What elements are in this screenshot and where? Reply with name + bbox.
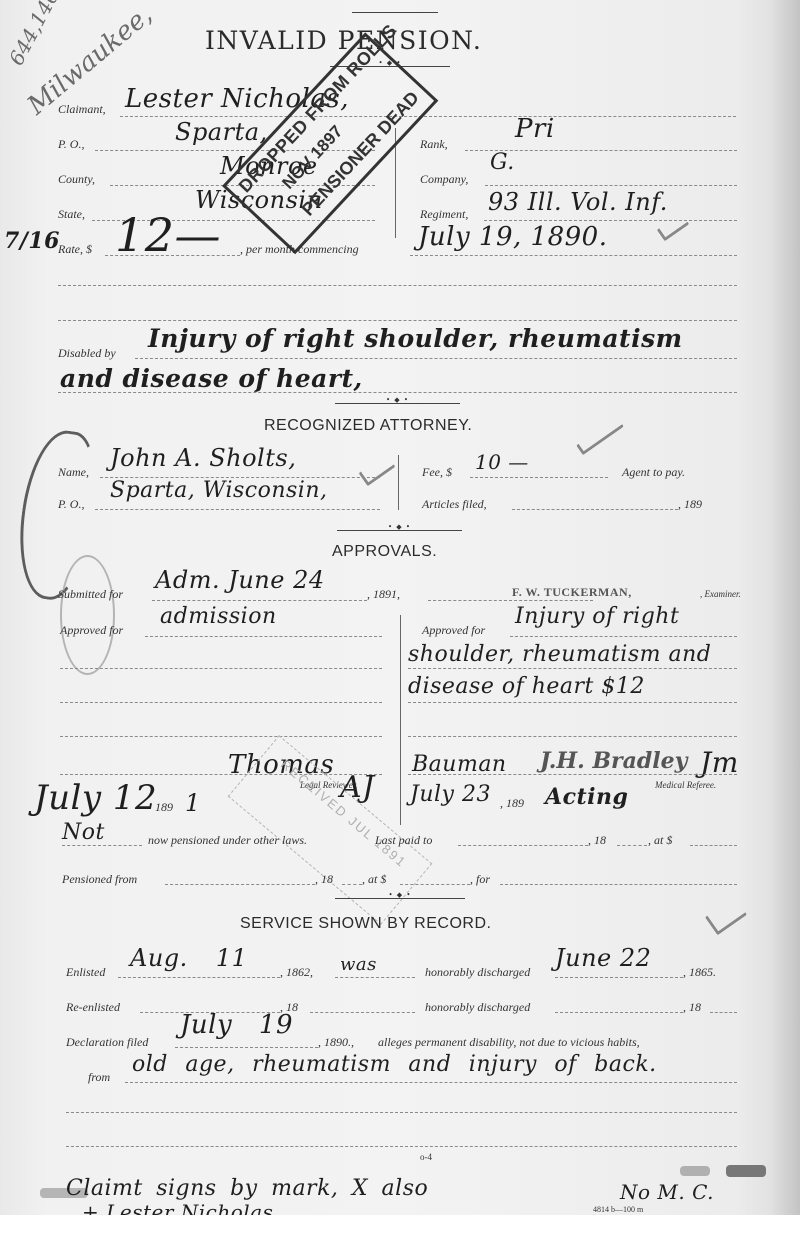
attorney-name-value: John A. Sholts,	[110, 444, 296, 472]
commencing-line	[410, 255, 737, 256]
now-pensioned-label: now pensioned under other laws.	[148, 833, 307, 848]
legal-year-label: 189	[155, 800, 173, 815]
fee-line	[470, 477, 608, 478]
approved-left-blank-1	[60, 668, 382, 669]
pension-document-page: 644,146 Milwaukee, INVALID PENSION. Clai…	[0, 0, 800, 1215]
last-paid-year-line	[617, 845, 647, 846]
rank-value: Pri	[515, 114, 555, 144]
blank-line-2	[58, 320, 737, 321]
approved-for-right-value-2: shoulder, rheumatism and	[408, 642, 711, 667]
footer-initials: No M. C.	[620, 1180, 714, 1204]
agent-to-pay-label: Agent to pay.	[622, 465, 685, 480]
pensioned-for-line	[500, 884, 737, 885]
approved-right-line-2	[408, 668, 737, 669]
disabled-by-value-line1: Injury of right shoulder, rheumatism	[148, 324, 683, 353]
file-number-note: 644,146	[4, 0, 64, 69]
medical-acting-note: Acting	[545, 784, 628, 810]
fee-label: Fee, $	[422, 465, 452, 480]
legal-year-suffix: 1	[185, 789, 201, 817]
rate-margin-mark: 7/16	[4, 228, 60, 254]
approved-left-blank-2	[60, 702, 382, 703]
approved-for-right-value-3: disease of heart $12	[408, 674, 645, 699]
submitted-for-line	[152, 600, 367, 601]
approved-right-blank	[408, 736, 737, 737]
pensioned-for-label: , for	[470, 872, 490, 887]
section-ornament-3	[335, 898, 465, 899]
pensioned-from-label: Pensioned from	[62, 872, 137, 887]
approvals-column-divider	[400, 615, 401, 825]
margin-scrawl-pencil	[60, 555, 115, 675]
discharged-value: June 22	[555, 944, 651, 972]
reenlisted-discharged-line	[555, 1012, 683, 1013]
approved-for-right-line	[510, 636, 737, 637]
enlisted-note-line	[335, 977, 415, 978]
disabled-by-value-line2: and disease of heart,	[60, 364, 363, 393]
last-paid-amount-line	[690, 845, 737, 846]
from-line	[125, 1082, 737, 1083]
discharged-line	[555, 977, 683, 978]
checkmark-icon	[657, 213, 690, 242]
approved-for-left-line	[145, 636, 382, 637]
claimant-line	[120, 116, 736, 117]
attorney-name-label: Name,	[58, 465, 89, 480]
county-label: County,	[58, 172, 95, 187]
reenlisted-year-line	[310, 1012, 415, 1013]
examiner-line	[428, 600, 593, 601]
legal-date-value: July 12	[34, 778, 157, 818]
examiner-label: , Examiner.	[700, 589, 741, 599]
approved-for-left-label: Approved for	[60, 623, 123, 638]
print-code: 4814 b—100 m	[593, 1205, 643, 1214]
approvals-heading: APPROVALS.	[332, 543, 437, 561]
approved-right-line-3	[408, 702, 737, 703]
medical-referee-label: Medical Referee.	[655, 780, 716, 790]
po-value: Sparta,	[175, 118, 268, 146]
reenlisted-discharged-year-line	[710, 1012, 737, 1013]
company-value: G.	[490, 150, 515, 175]
tab-mark	[726, 1165, 766, 1177]
last-paid-line	[458, 845, 588, 846]
service-heading: SERVICE SHOWN BY RECORD.	[240, 915, 491, 933]
last-paid-year-label: , 18	[588, 833, 606, 848]
section-ornament-2	[337, 530, 462, 531]
enlisted-note: was	[340, 954, 377, 975]
rank-label: Rank,	[420, 137, 448, 152]
form-code: o-4	[420, 1152, 432, 1162]
approved-for-right-label: Approved for	[422, 623, 485, 638]
declaration-filed-line	[175, 1047, 318, 1048]
pensioned-from-line	[165, 884, 315, 885]
last-paid-label: Last paid to	[375, 833, 432, 848]
submitted-for-value: Adm. June 24	[155, 566, 325, 594]
claimant-label: Claimant,	[58, 102, 106, 117]
pensioned-year-label: , 18	[315, 872, 333, 887]
footer-note-line2: + Lester Nicholas	[82, 1200, 273, 1215]
from-value: old age, rheumatism and injury of back.	[132, 1052, 657, 1077]
articles-year-label: , 189	[678, 497, 702, 512]
attorney-po-label: P. O.,	[58, 497, 84, 512]
legal-reviewer-line	[60, 774, 382, 775]
medical-referee-line	[408, 774, 737, 775]
enlisted-line	[118, 977, 280, 978]
checkmark-icon	[576, 417, 624, 456]
rate-label: Rate, $	[58, 242, 92, 257]
discharged-label: honorably discharged	[425, 965, 530, 980]
regiment-label: Regiment,	[420, 207, 468, 222]
footer-note-line1: Claimt signs by mark, X also	[66, 1176, 428, 1201]
pensioned-at-label: , at $	[362, 872, 386, 887]
disabled-by-label: Disabled by	[58, 346, 116, 361]
company-label: Company,	[420, 172, 468, 187]
reenlisted-label: Re-enlisted	[66, 1000, 120, 1015]
enlisted-year: , 1862,	[280, 965, 313, 980]
service-blank-1	[66, 1112, 737, 1113]
title-top-rule	[352, 12, 438, 13]
state-label: State,	[58, 207, 85, 222]
not-pensioned-value: Not	[62, 820, 105, 845]
service-blank-2	[66, 1146, 737, 1147]
reenlisted-discharged-label: honorably discharged	[425, 1000, 530, 1015]
company-line	[485, 185, 737, 186]
declaration-year: , 1890.,	[318, 1035, 354, 1050]
articles-filed-line	[512, 509, 678, 510]
declaration-filed-label: Declaration filed	[66, 1035, 148, 1050]
from-label: from	[88, 1070, 110, 1085]
attorney-heading: RECOGNIZED ATTORNEY.	[264, 417, 472, 435]
rate-value: 12—	[115, 208, 221, 262]
tab-mark	[680, 1166, 710, 1176]
enlisted-value: Aug. 11	[130, 944, 247, 972]
pensioned-year-line	[342, 884, 362, 885]
approved-for-left-value: admission	[160, 604, 277, 629]
disabled-by-line-1	[135, 358, 737, 359]
last-paid-at-label: , at $	[648, 833, 672, 848]
submitted-year: , 1891,	[367, 587, 400, 602]
medical-year-label: , 189	[500, 796, 524, 811]
checkmark-icon	[705, 897, 747, 936]
section-ornament-1	[335, 403, 460, 404]
page-bottom-margin	[0, 1215, 800, 1234]
approved-left-blank-3	[60, 736, 382, 737]
attorney-column-divider	[398, 455, 399, 510]
reenlisted-discharged-year: , 18	[683, 1000, 701, 1015]
approved-for-right-value-1: Injury of right	[515, 604, 679, 629]
document-title: INVALID PENSION.	[205, 26, 482, 55]
blank-line-1	[58, 285, 737, 286]
commencing-value: July 19, 1890.	[418, 222, 607, 252]
medical-signature-2: J.H. Bradley	[540, 748, 687, 774]
not-pensioned-line	[62, 845, 142, 846]
discharged-year: , 1865.	[683, 965, 716, 980]
alleges-label: alleges permanent disability, not due to…	[378, 1035, 640, 1050]
attorney-po-value: Sparta, Wisconsin,	[110, 478, 328, 503]
regiment-value: 93 Ill. Vol. Inf.	[488, 188, 668, 216]
declaration-filed-value: July 19	[180, 1010, 293, 1040]
po-label: P. O.,	[58, 137, 84, 152]
examiner-stamp-name: F. W. TUCKERMAN,	[512, 585, 632, 600]
attorney-po-line	[95, 509, 380, 510]
enlisted-label: Enlisted	[66, 965, 105, 980]
submitted-for-label: Submitted for	[58, 587, 123, 602]
articles-filed-label: Articles filed,	[422, 497, 487, 512]
pensioned-amount-line	[400, 884, 470, 885]
medical-date-value: July 23	[410, 782, 491, 807]
regiment-line	[484, 220, 737, 221]
checkmark-icon	[358, 454, 395, 487]
fee-value: 10 —	[475, 450, 529, 474]
